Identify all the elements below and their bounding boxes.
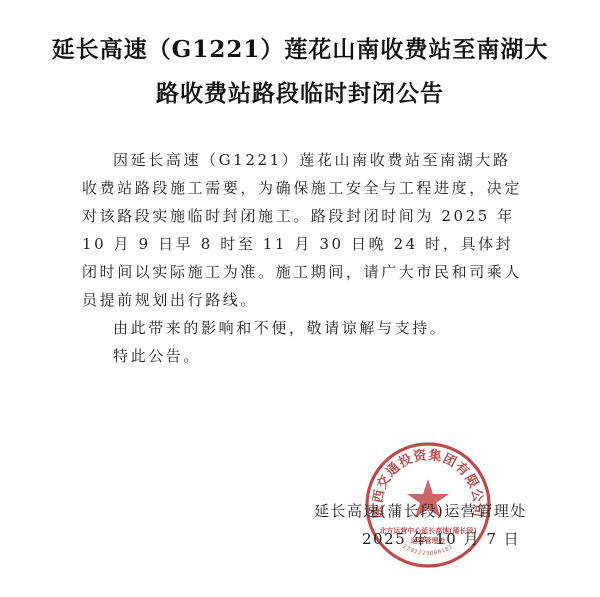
body-paragraphs: 因延长高速（G1221）莲花山南收费站至南湖大路收费站路段施工需要，为确保施工安… [82, 146, 527, 370]
paragraph-apology: 由此带来的影响和不便，敬请谅解与支持。 [82, 314, 527, 342]
paragraph-closure-details: 因延长高速（G1221）莲花山南收费站至南湖大路收费站路段施工需要，为确保施工安… [82, 146, 527, 314]
title-line-2: 路收费站路段临时封闭公告 [0, 75, 600, 108]
signature-date: 2025 年 10 月 7 日 [362, 528, 520, 549]
signature-organization: 延长高速(蒲长段)运营管理处 [314, 500, 527, 521]
title-line-1: 延长高速（G1221）莲花山南收费站至南湖大 [0, 31, 600, 64]
paragraph-closing: 特此公告。 [82, 342, 527, 370]
